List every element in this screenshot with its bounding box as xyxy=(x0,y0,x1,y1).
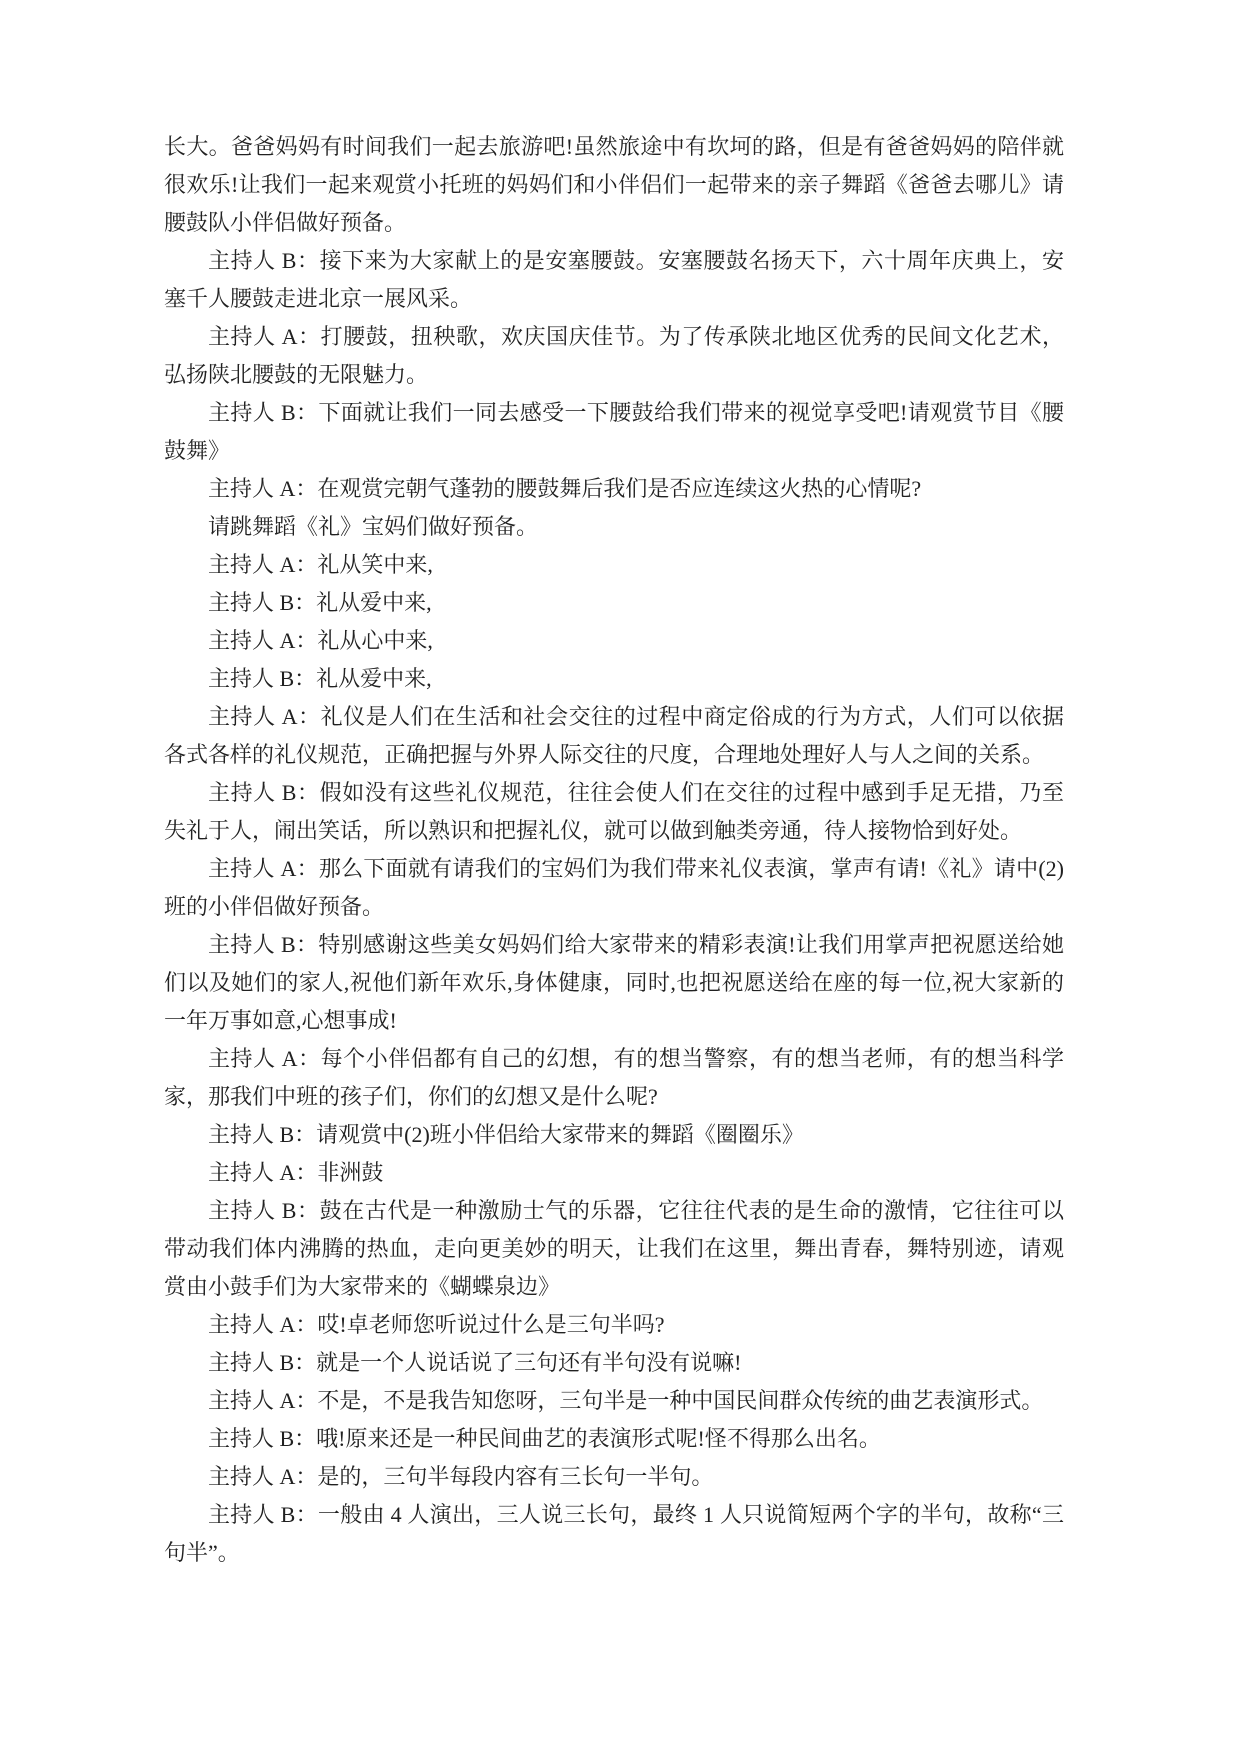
paragraph: 主持人 B：请观赏中(2)班小伴侣给大家带来的舞蹈《圈圈乐》 xyxy=(164,1116,1064,1154)
paragraph: 主持人 B：礼从爱中来, xyxy=(164,584,1064,622)
paragraph: 主持人 A：每个小伴侣都有自己的幻想，有的想当警察，有的想当老师，有的想当科学家… xyxy=(164,1040,1064,1116)
paragraph: 主持人 B：就是一个人说话说了三句还有半句没有说嘛! xyxy=(164,1344,1064,1382)
paragraph: 主持人 B：哦!原来还是一种民间曲艺的表演形式呢!怪不得那么出名。 xyxy=(164,1420,1064,1458)
paragraph: 主持人 A：打腰鼓，扭秧歌，欢庆国庆佳节。为了传承陕北地区优秀的民间文化艺术，弘… xyxy=(164,318,1064,394)
paragraph: 主持人 A：哎!卓老师您听说过什么是三句半吗? xyxy=(164,1306,1064,1344)
document-text: 长大。爸爸妈妈有时间我们一起去旅游吧!虽然旅途中有坎坷的路，但是有爸爸妈妈的陪伴… xyxy=(164,128,1064,1572)
paragraph: 主持人 A：礼仪是人们在生活和社会交往的过程中商定俗成的行为方式，人们可以依据各… xyxy=(164,698,1064,774)
paragraph: 主持人 A：那么下面就有请我们的宝妈们为我们带来礼仪表演，掌声有请!《礼》请中(… xyxy=(164,850,1064,926)
paragraph: 主持人 A：是的，三句半每段内容有三长句一半句。 xyxy=(164,1458,1064,1496)
paragraph: 主持人 A：礼从笑中来, xyxy=(164,546,1064,584)
paragraph: 主持人 B：一般由 4 人演出，三人说三长句，最终 1 人只说简短两个字的半句，… xyxy=(164,1496,1064,1572)
paragraph: 主持人 A：非洲鼓 xyxy=(164,1154,1064,1192)
paragraph: 主持人 A：不是，不是我告知您呀，三句半是一种中国民间群众传统的曲艺表演形式。 xyxy=(164,1382,1064,1420)
document-page: 长大。爸爸妈妈有时间我们一起去旅游吧!虽然旅途中有坎坷的路，但是有爸爸妈妈的陪伴… xyxy=(0,0,1240,1753)
paragraph: 长大。爸爸妈妈有时间我们一起去旅游吧!虽然旅途中有坎坷的路，但是有爸爸妈妈的陪伴… xyxy=(164,128,1064,242)
paragraph: 主持人 B：礼从爱中来, xyxy=(164,660,1064,698)
paragraph: 主持人 B：假如没有这些礼仪规范，往往会使人们在交往的过程中感到手足无措，乃至失… xyxy=(164,774,1064,850)
paragraph: 主持人 B：接下来为大家献上的是安塞腰鼓。安塞腰鼓名扬天下，六十周年庆典上，安塞… xyxy=(164,242,1064,318)
paragraph: 请跳舞蹈《礼》宝妈们做好预备。 xyxy=(164,508,1064,546)
paragraph: 主持人 B：特别感谢这些美女妈妈们给大家带来的精彩表演!让我们用掌声把祝愿送给她… xyxy=(164,926,1064,1040)
paragraph: 主持人 B：鼓在古代是一种激励士气的乐器，它往往代表的是生命的激情，它往往可以带… xyxy=(164,1192,1064,1306)
paragraph: 主持人 A：在观赏完朝气蓬勃的腰鼓舞后我们是否应连续这火热的心情呢? xyxy=(164,470,1064,508)
paragraph: 主持人 B：下面就让我们一同去感受一下腰鼓给我们带来的视觉享受吧!请观赏节目《腰… xyxy=(164,394,1064,470)
paragraph: 主持人 A：礼从心中来, xyxy=(164,622,1064,660)
